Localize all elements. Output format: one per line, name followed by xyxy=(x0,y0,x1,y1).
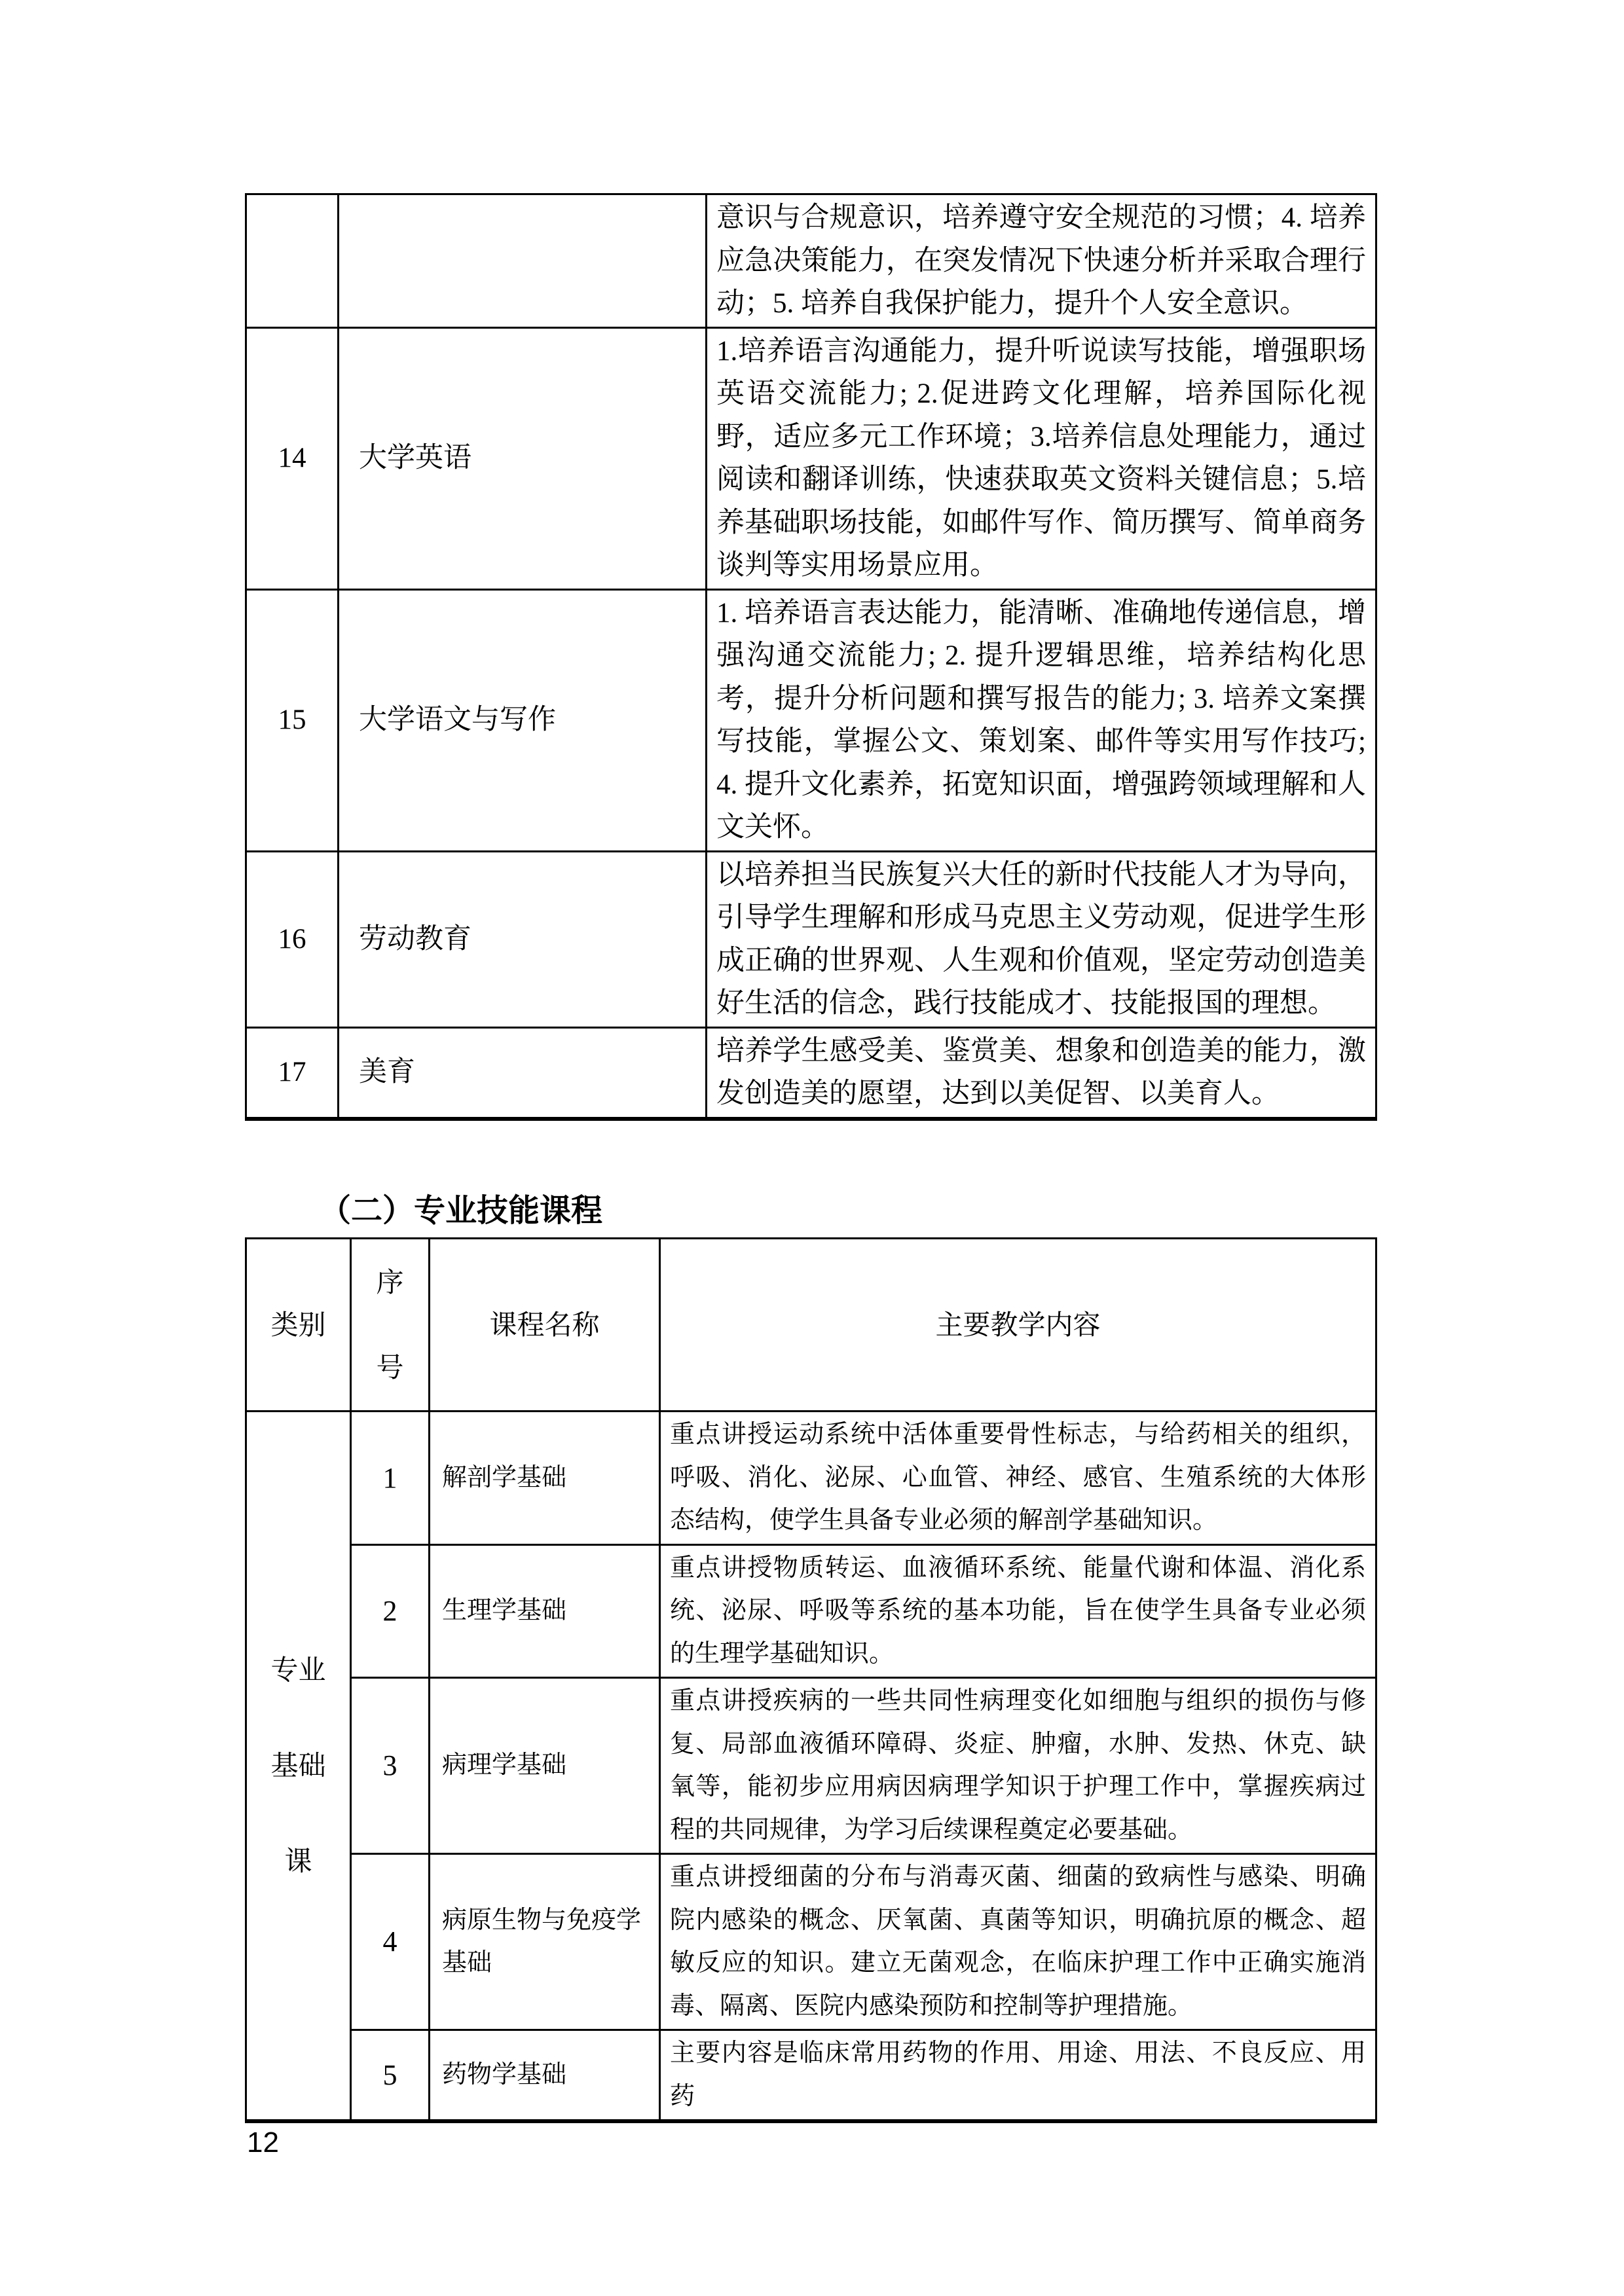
course-number-cell: 17 xyxy=(246,1027,339,1119)
table-row-5: 5 药物学基础 主要内容是临床常用药物的作用、用途、用法、不良反应、用药 xyxy=(246,2030,1376,2122)
course-number-cell: 16 xyxy=(246,851,339,1027)
course-content-cell: 重点讲授细菌的分布与消毒灭菌、细菌的致病性与感染、明确院内感染的概念、厌氧菌、真… xyxy=(660,1854,1376,2030)
course-content-cell: 意识与合规意识，培养遵守安全规范的习惯；4. 培养应急决策能力，在突发情况下快速… xyxy=(707,194,1376,328)
course-name-cell: 大学语文与写作 xyxy=(339,589,707,851)
header-seq-line2: 号 xyxy=(352,1325,428,1410)
course-content-cell: 1.培养语言沟通能力，提升听说读写技能，增强职场英语交流能力; 2.促进跨文化理… xyxy=(707,327,1376,589)
course-number-cell: 14 xyxy=(246,327,339,589)
course-name-cell: 病原生物与免疫学基础 xyxy=(430,1854,660,2030)
course-content-cell: 1. 培养语言表达能力，能清晰、准确地传递信息，增强沟通交流能力; 2. 提升逻… xyxy=(707,589,1376,851)
section-heading: （二）专业技能课程 xyxy=(320,1193,602,1230)
table-row-15: 15 大学语文与写作 1. 培养语言表达能力，能清晰、准确地传递信息，增强沟通交… xyxy=(246,589,1376,851)
category-label-line1: 专业 xyxy=(247,1622,350,1718)
course-content-cell: 主要内容是临床常用药物的作用、用途、用法、不良反应、用药 xyxy=(660,2030,1376,2122)
course-number-cell: 2 xyxy=(351,1544,430,1678)
table-row-2: 2 生理学基础 重点讲授物质转运、血液循环系统、能量代谢和体温、消化系统、泌尿、… xyxy=(246,1544,1376,1678)
category-label-line3: 课 xyxy=(247,1813,350,1909)
table-row-continuation: 意识与合规意识，培养遵守安全规范的习惯；4. 培养应急决策能力，在突发情况下快速… xyxy=(246,194,1376,328)
page-number: 12 xyxy=(247,2126,279,2159)
course-name-cell: 劳动教育 xyxy=(339,851,707,1027)
category-label-line2: 基础 xyxy=(247,1718,350,1813)
table-row-3: 3 病理学基础 重点讲授疾病的一些共同性病理变化如细胞与组织的损伤与修复、局部血… xyxy=(246,1678,1376,1854)
table-row-17: 17 美育 培养学生感受美、鉴赏美、想象和创造美的能力，激发创造美的愿望，达到以… xyxy=(246,1027,1376,1119)
header-seq-line1: 序 xyxy=(352,1240,428,1325)
course-content-cell: 培养学生感受美、鉴赏美、想象和创造美的能力，激发创造美的愿望，达到以美促智、以美… xyxy=(707,1027,1376,1119)
header-category-cell: 类别 xyxy=(246,1239,351,1412)
course-number-cell: 5 xyxy=(351,2030,430,2122)
course-name-cell xyxy=(339,194,707,328)
table-row-14: 14 大学英语 1.培养语言沟通能力，提升听说读写技能，增强职场英语交流能力; … xyxy=(246,327,1376,589)
course-name-cell: 美育 xyxy=(339,1027,707,1119)
table-header-row: 类别 序 号 课程名称 主要教学内容 xyxy=(246,1239,1376,1412)
course-number-cell: 3 xyxy=(351,1678,430,1854)
header-course-cell: 课程名称 xyxy=(430,1239,660,1412)
course-name-cell: 解剖学基础 xyxy=(430,1412,660,1545)
course-content-cell: 重点讲授物质转运、血液循环系统、能量代谢和体温、消化系统、泌尿、呼吸等系统的基本… xyxy=(660,1544,1376,1678)
table-row-16: 16 劳动教育 以培养担当民族复兴大任的新时代技能人才为导向，引导学生理解和形成… xyxy=(246,851,1376,1027)
course-name-cell: 药物学基础 xyxy=(430,2030,660,2122)
course-content-cell: 以培养担当民族复兴大任的新时代技能人才为导向，引导学生理解和形成马克思主义劳动观… xyxy=(707,851,1376,1027)
general-courses-table: 意识与合规意识，培养遵守安全规范的习惯；4. 培养应急决策能力，在突发情况下快速… xyxy=(245,193,1377,1121)
header-seq-cell: 序 号 xyxy=(351,1239,430,1412)
course-number-cell: 4 xyxy=(351,1854,430,2030)
table-row-1: 专业 基础 课 1 解剖学基础 重点讲授运动系统中活体重要骨性标志，与给药相关的… xyxy=(246,1412,1376,1545)
header-content-cell: 主要教学内容 xyxy=(660,1239,1376,1412)
course-number-cell xyxy=(246,194,339,328)
course-content-cell: 重点讲授疾病的一些共同性病理变化如细胞与组织的损伤与修复、局部血液循环障碍、炎症… xyxy=(660,1678,1376,1854)
course-number-cell: 15 xyxy=(246,589,339,851)
category-label-cell: 专业 基础 课 xyxy=(246,1412,351,2122)
course-number-cell: 1 xyxy=(351,1412,430,1545)
course-name-cell: 生理学基础 xyxy=(430,1544,660,1678)
course-name-cell: 大学英语 xyxy=(339,327,707,589)
professional-skill-courses-table: 类别 序 号 课程名称 主要教学内容 专业 基础 课 1 解剖学基础 重点讲授运… xyxy=(245,1237,1377,2123)
course-content-cell: 重点讲授运动系统中活体重要骨性标志，与给药相关的组织，呼吸、消化、泌尿、心血管、… xyxy=(660,1412,1376,1545)
course-name-cell: 病理学基础 xyxy=(430,1678,660,1854)
document-page: { "page_number": "12", "section_heading"… xyxy=(0,0,1624,2296)
table-row-4: 4 病原生物与免疫学基础 重点讲授细菌的分布与消毒灭菌、细菌的致病性与感染、明确… xyxy=(246,1854,1376,2030)
